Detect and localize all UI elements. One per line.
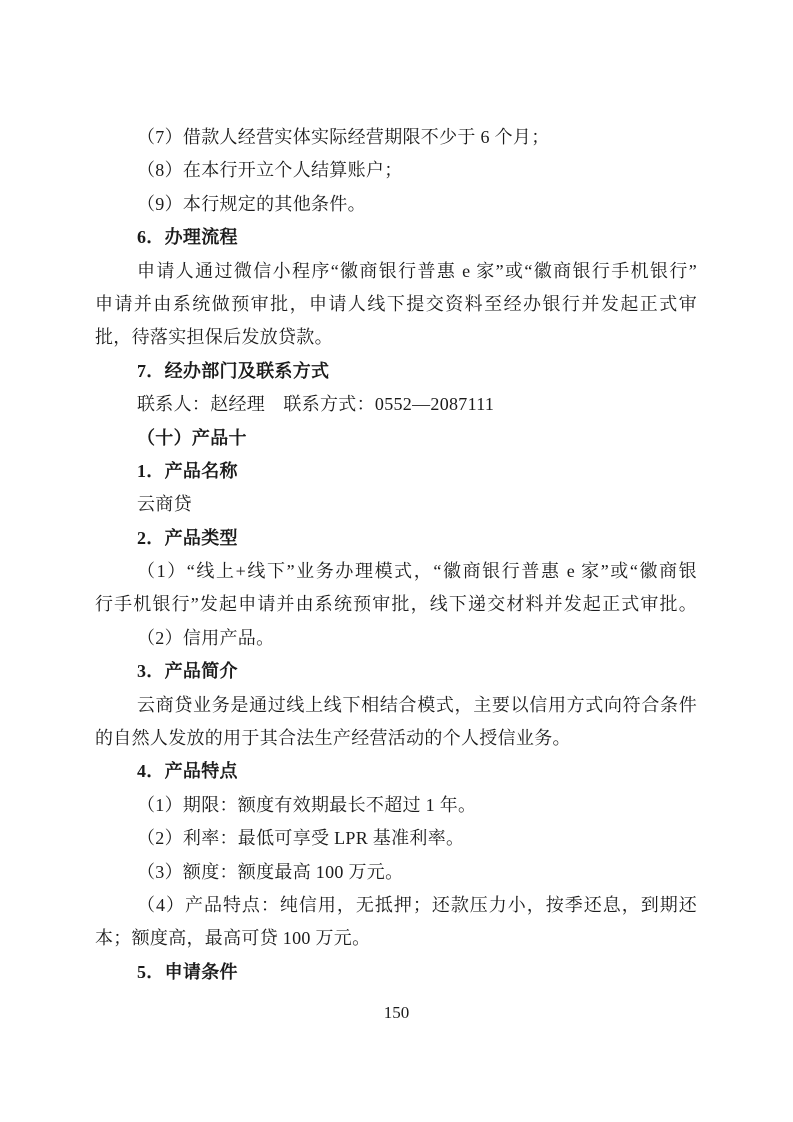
product-type-item-1-line-1: （1）“线上+线下”业务办理模式，“徽商银行普惠 e 家”或“徽商银 bbox=[95, 555, 697, 588]
para-application-process-line-1: 申请人通过微信小程序“徽商银行普惠 e 家”或“徽商银行手机银行” bbox=[95, 255, 697, 288]
heading-product-features: 4．产品特点 bbox=[95, 755, 697, 788]
condition-item-9: （9）本行规定的其他条件。 bbox=[95, 188, 697, 221]
product-type-item-1-line-2: 行手机银行”发起申请并由系统预审批，线下递交材料并发起正式审批。 bbox=[95, 588, 697, 621]
para-application-process-line-3: 批，待落实担保后发放贷款。 bbox=[95, 321, 697, 354]
heading-application-conditions: 5．申请条件 bbox=[95, 956, 697, 989]
heading-product-type: 2．产品类型 bbox=[95, 522, 697, 555]
contact-info-line: 联系人：赵经理 联系方式：0552—2087111 bbox=[95, 388, 697, 421]
heading-product-ten: （十）产品十 bbox=[95, 422, 697, 455]
product-name-text: 云商贷 bbox=[95, 488, 697, 521]
document-page: （7）借款人经营实体实际经营期限不少于 6 个月； （8）在本行开立个人结算账户… bbox=[0, 0, 793, 1122]
document-body: （7）借款人经营实体实际经营期限不少于 6 个月； （8）在本行开立个人结算账户… bbox=[95, 121, 697, 989]
para-application-process-line-2: 申请并由系统做预审批，申请人线下提交资料至经办银行并发起正式审 bbox=[95, 288, 697, 321]
heading-department-contact: 7．经办部门及联系方式 bbox=[95, 355, 697, 388]
heading-product-intro: 3．产品简介 bbox=[95, 655, 697, 688]
product-intro-line-1: 云商贷业务是通过线上线下相结合模式，主要以信用方式向符合条件 bbox=[95, 689, 697, 722]
page-number: 150 bbox=[0, 1001, 793, 1025]
feature-item-1-term: （1）期限：额度有效期最长不超过 1 年。 bbox=[95, 789, 697, 822]
feature-item-2-rate: （2）利率：最低可享受 LPR 基准利率。 bbox=[95, 822, 697, 855]
product-intro-line-2: 的自然人发放的用于其合法生产经营活动的个人授信业务。 bbox=[95, 722, 697, 755]
heading-product-name: 1．产品名称 bbox=[95, 455, 697, 488]
product-type-item-2: （2）信用产品。 bbox=[95, 622, 697, 655]
condition-item-8: （8）在本行开立个人结算账户； bbox=[95, 154, 697, 187]
feature-item-4-line-2: 本；额度高，最高可贷 100 万元。 bbox=[95, 922, 697, 955]
heading-processing-flow: 6．办理流程 bbox=[95, 221, 697, 254]
condition-item-7: （7）借款人经营实体实际经营期限不少于 6 个月； bbox=[95, 121, 697, 154]
feature-item-3-limit: （3）额度：额度最高 100 万元。 bbox=[95, 856, 697, 889]
feature-item-4-line-1: （4）产品特点：纯信用，无抵押；还款压力小，按季还息，到期还 bbox=[95, 889, 697, 922]
